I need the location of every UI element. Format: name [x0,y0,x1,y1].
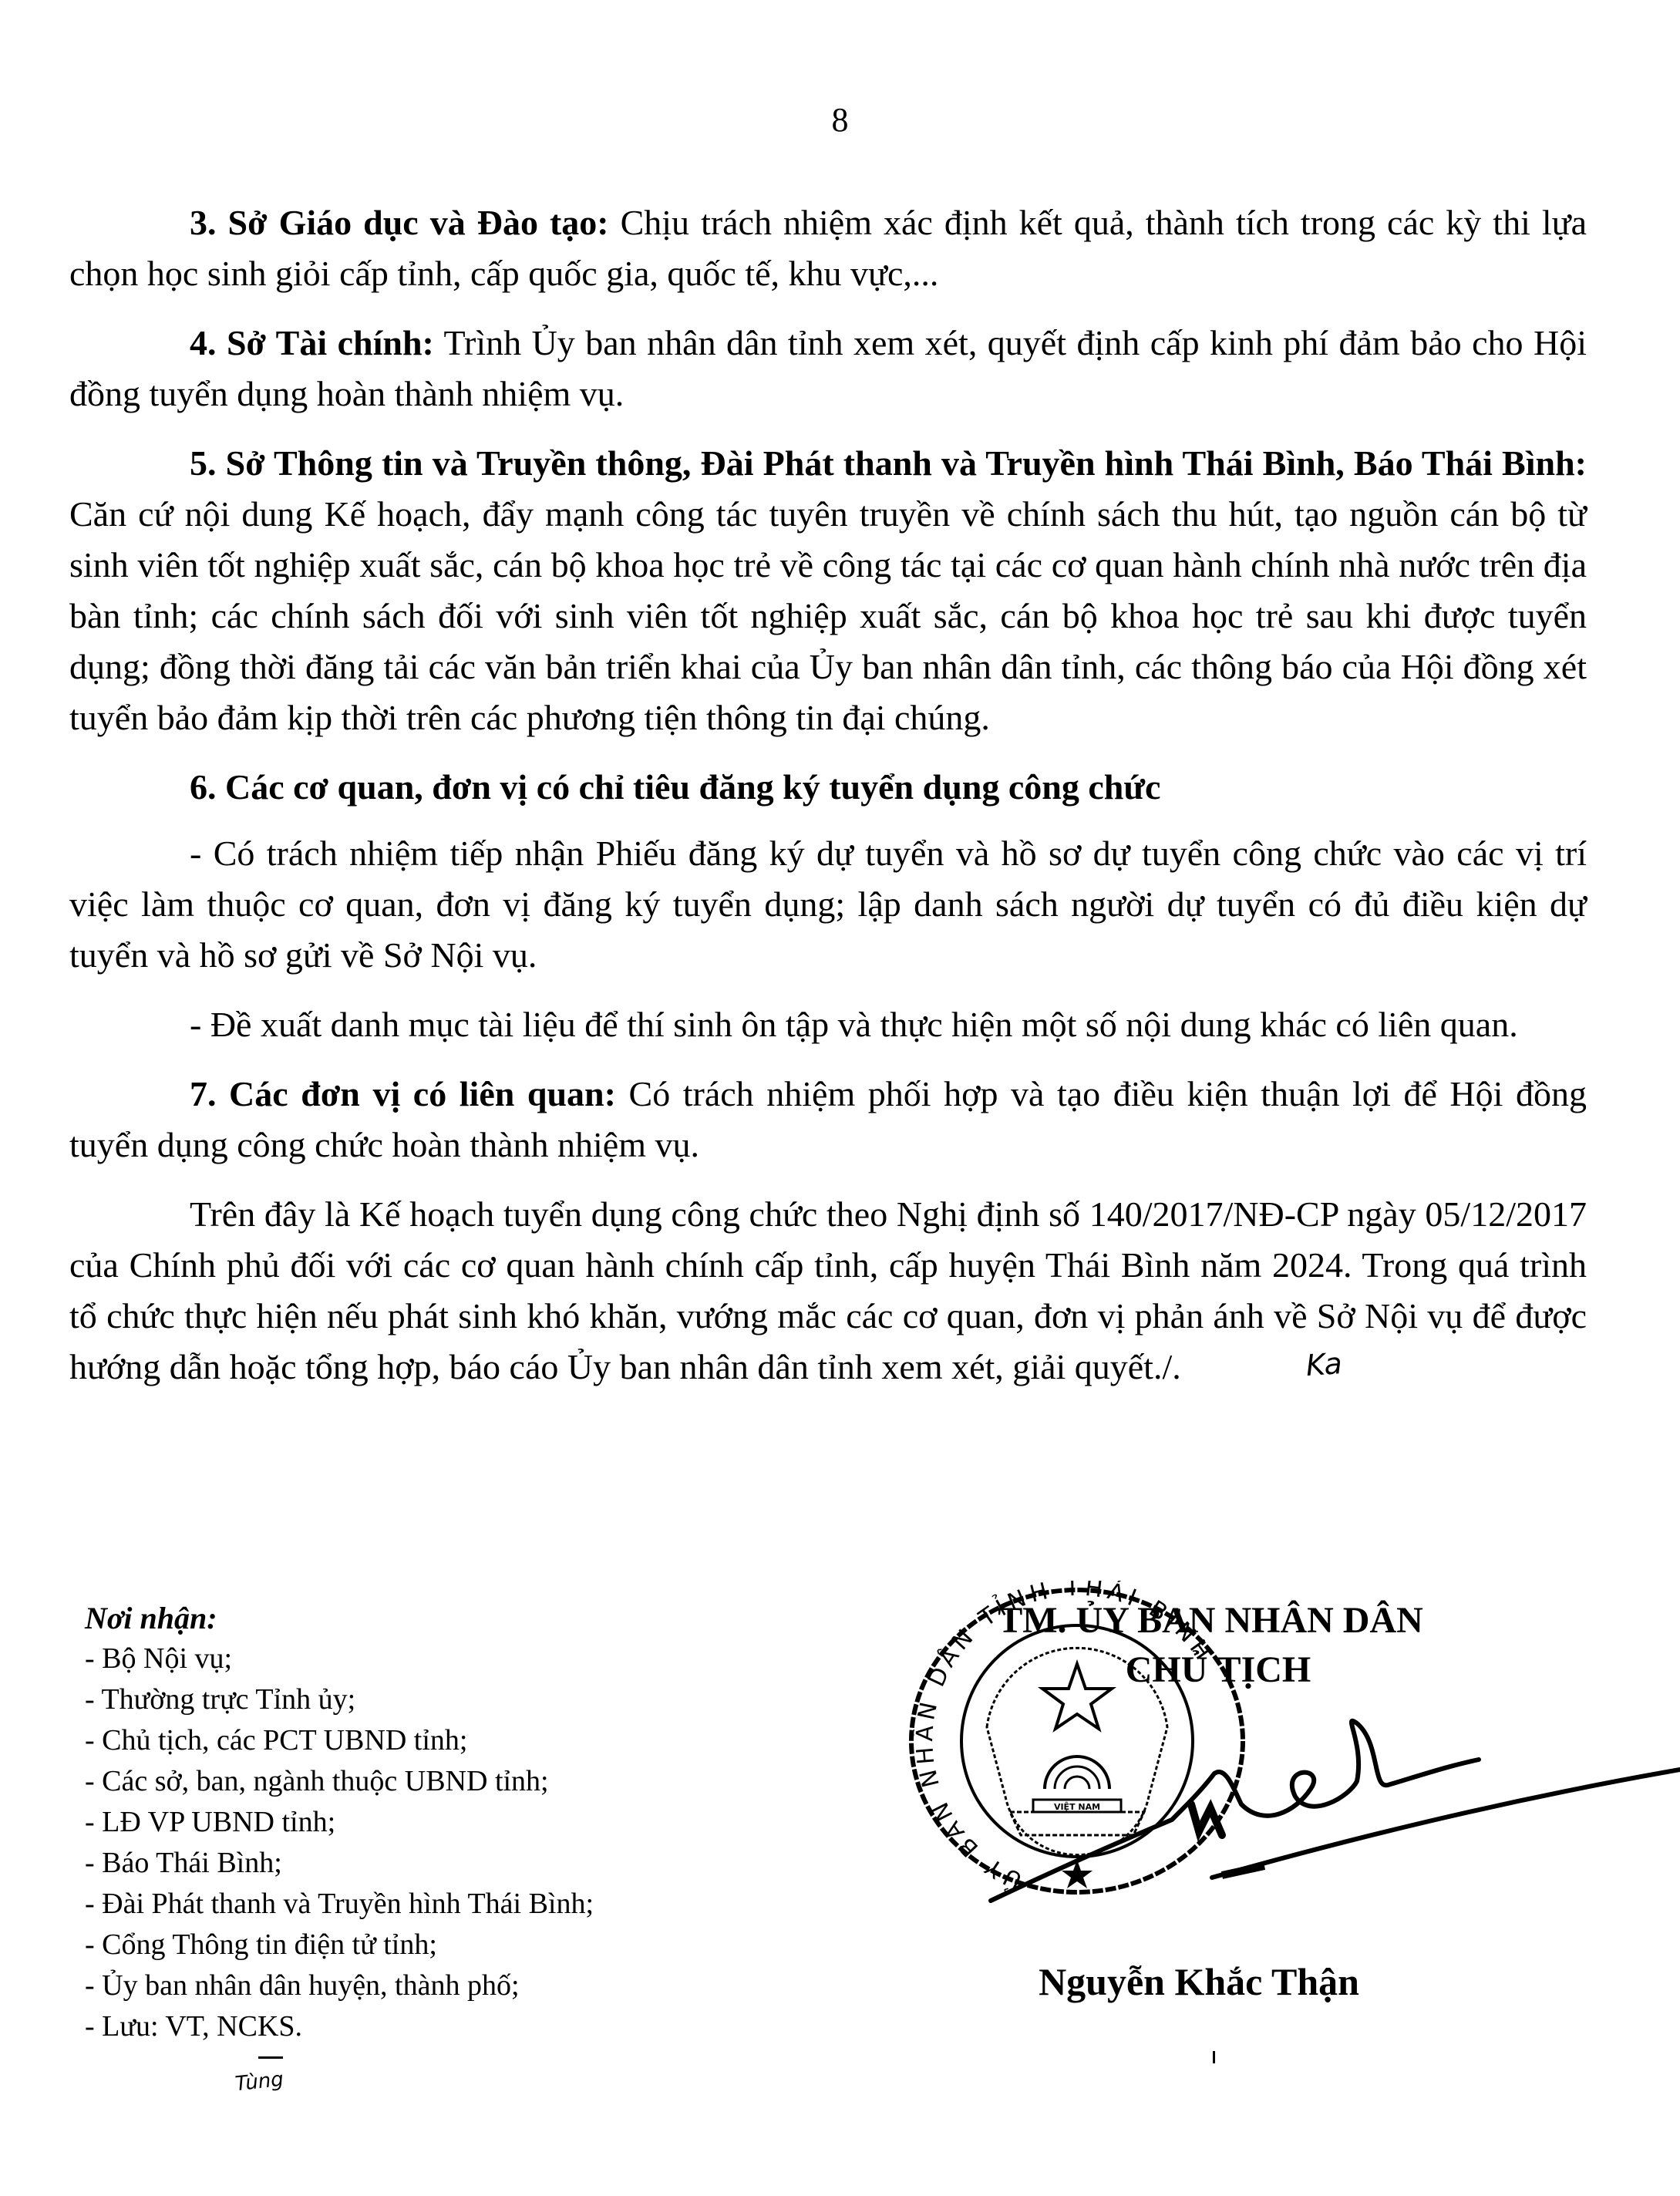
scan-artifact-mark [1213,2051,1215,2063]
signature-title-org: TM. ỦY BAN NHÂN DÂN [917,1596,1503,1645]
paragraph-section-5: 5. Sở Thông tin và Truyền thông, Đài Phá… [69,438,1587,743]
page-number: 8 [0,99,1680,142]
recipient-item: - Các sở, ban, ngành thuộc UBND tỉnh; [85,1761,779,1802]
recipient-item: - Bộ Nội vụ; [85,1639,779,1679]
recipient-item: - Ủy ban nhân dân huyện, thành phố; [85,1965,779,2006]
closing-paragraph: Trên đây là Kế hoạch tuyển dụng công chứ… [69,1189,1587,1394]
signature-title-role: CHỦ TỊCH [933,1645,1503,1695]
paragraph-section-4: 4. Sở Tài chính: Trình Ủy ban nhân dân t… [69,318,1587,419]
recipient-item: - Đài Phát thanh và Truyền hình Thái Bìn… [85,1884,779,1925]
recipient-item: - Thường trực Tỉnh ủy; [85,1679,779,1720]
section-6-item-1: - Có trách nhiệm tiếp nhận Phiếu đăng ký… [69,828,1587,981]
recipients-title: Nơi nhận: [85,1598,779,1639]
section-6-heading: 6. Các cơ quan, đơn vị có chỉ tiêu đăng … [69,762,1587,813]
section-6-item-2: - Đề xuất danh mục tài liệu để thí sinh … [69,999,1587,1050]
document-body: 3. Sở Giáo dục và Đào tạo: Chịu trách nh… [69,197,1587,1413]
recipient-item: - Cổng Thông tin điện tử tỉnh; [85,1925,779,1965]
paragraph-section-7: 7. Các đơn vị có liên quan: Có trách nhi… [69,1069,1587,1170]
recipient-item: - Báo Thái Bình; [85,1843,779,1884]
section-7-heading: 7. Các đơn vị có liên quan: [190,1074,616,1113]
recipient-item: - LĐ VP UBND tỉnh; [85,1802,779,1843]
signature-title-block: TM. ỦY BAN NHÂN DÂN CHỦ TỊCH [917,1596,1503,1695]
stamp-emblem-text: VIỆT NAM [1054,1802,1100,1812]
section-4-heading: 4. Sở Tài chính: [190,323,434,362]
handwritten-dash [258,2056,283,2059]
closing-text: Trên đây là Kế hoạch tuyển dụng công chứ… [69,1194,1587,1386]
signer-name: Nguyễn Khắc Thận [917,1959,1480,2005]
section-3-heading: 3. Sở Giáo dục và Đào tạo: [190,203,609,242]
recipients-list: Nơi nhận: - Bộ Nội vụ; - Thường trực Tỉn… [85,1598,779,2047]
recipient-item: - Chủ tịch, các PCT UBND tỉnh; [85,1720,779,1761]
paragraph-section-3: 3. Sở Giáo dục và Đào tạo: Chịu trách nh… [69,197,1587,299]
section-5-heading: 5. Sở Thông tin và Truyền thông, Đài Phá… [190,443,1587,483]
handwritten-initial-tung: Tùng [234,2068,285,2096]
handwritten-initial-mark: Ka [1184,1338,1344,1399]
recipient-item: - Lưu: VT, NCKS. [85,2006,779,2047]
section-5-text: Căn cứ nội dung Kế hoạch, đẩy mạnh công … [69,494,1587,737]
